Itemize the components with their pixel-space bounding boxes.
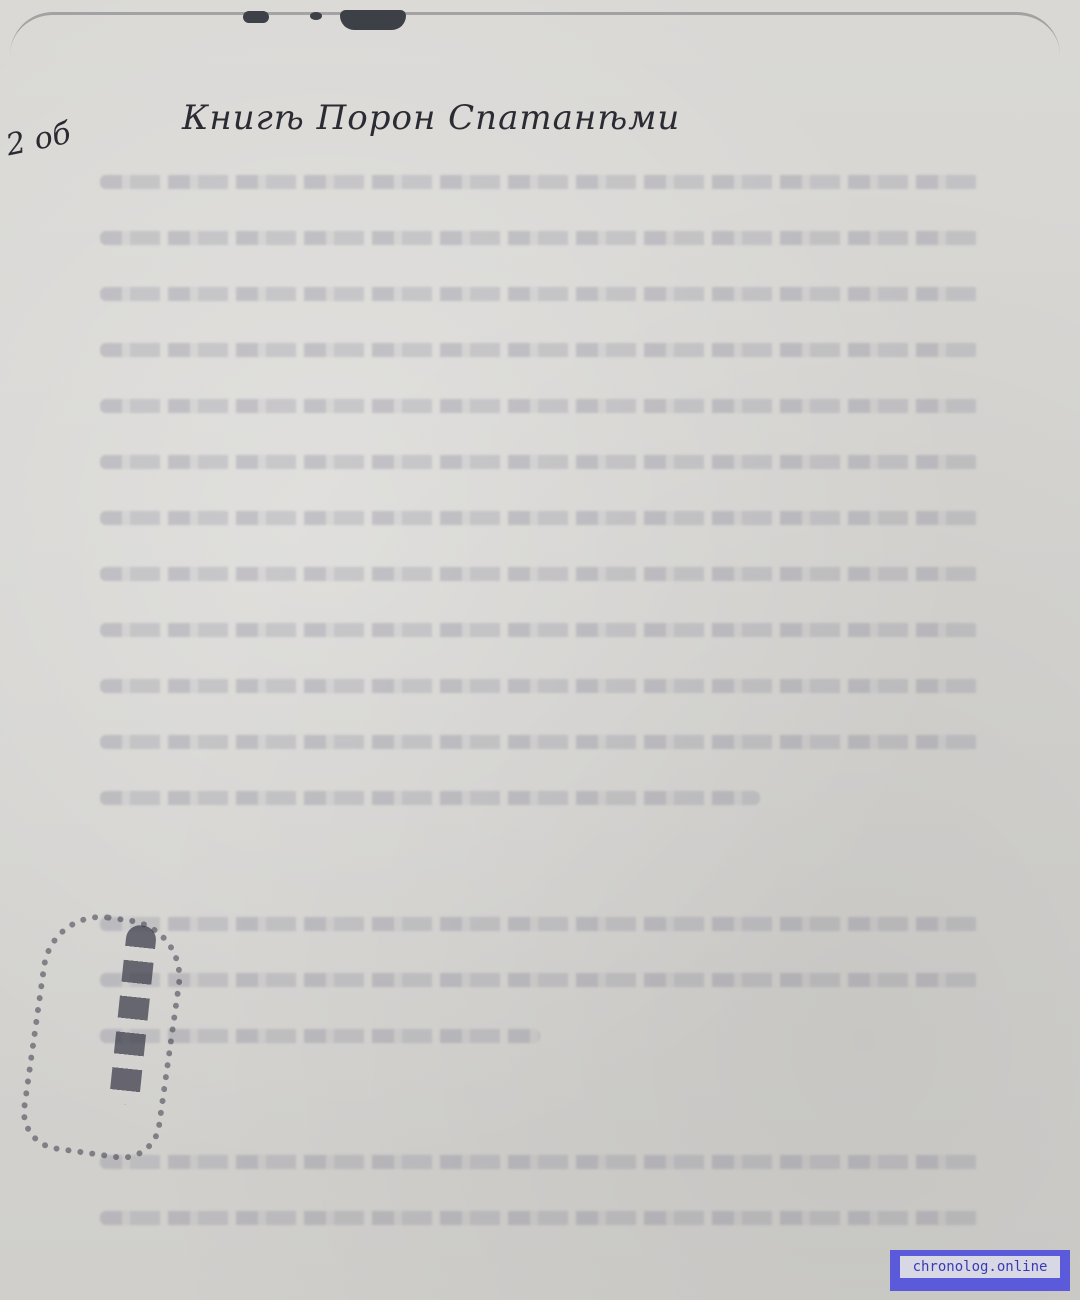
text-line [100, 917, 980, 931]
watermark-badge: chronolog.online [890, 1250, 1070, 1291]
page-top-edge [10, 12, 1060, 55]
text-line [100, 567, 980, 581]
ink-blot [310, 12, 322, 20]
text-line [100, 287, 980, 301]
manuscript-page: 2 об Книгѣ Порон Спатанѣми faded handwri… [0, 0, 1080, 1300]
text-line [100, 735, 980, 749]
text-line [100, 679, 980, 693]
ink-blot [243, 11, 269, 23]
text-line [100, 511, 980, 525]
faded-body-text: faded handwritten Cyrillic manuscript te… [100, 175, 980, 1267]
header-handwriting: Книгѣ Порон Спатанѣми [182, 98, 680, 138]
text-line [100, 399, 980, 413]
watermark-text: chronolog.online [900, 1256, 1060, 1278]
text-line [100, 623, 980, 637]
text-line [100, 973, 980, 987]
folio-number: 2 об [3, 116, 74, 164]
text-line [100, 175, 980, 189]
text-line [100, 1155, 980, 1169]
text-line [100, 1211, 980, 1225]
ink-blot [340, 10, 406, 30]
text-line [100, 455, 980, 469]
text-line [100, 231, 980, 245]
text-line [100, 791, 760, 805]
text-line [100, 343, 980, 357]
